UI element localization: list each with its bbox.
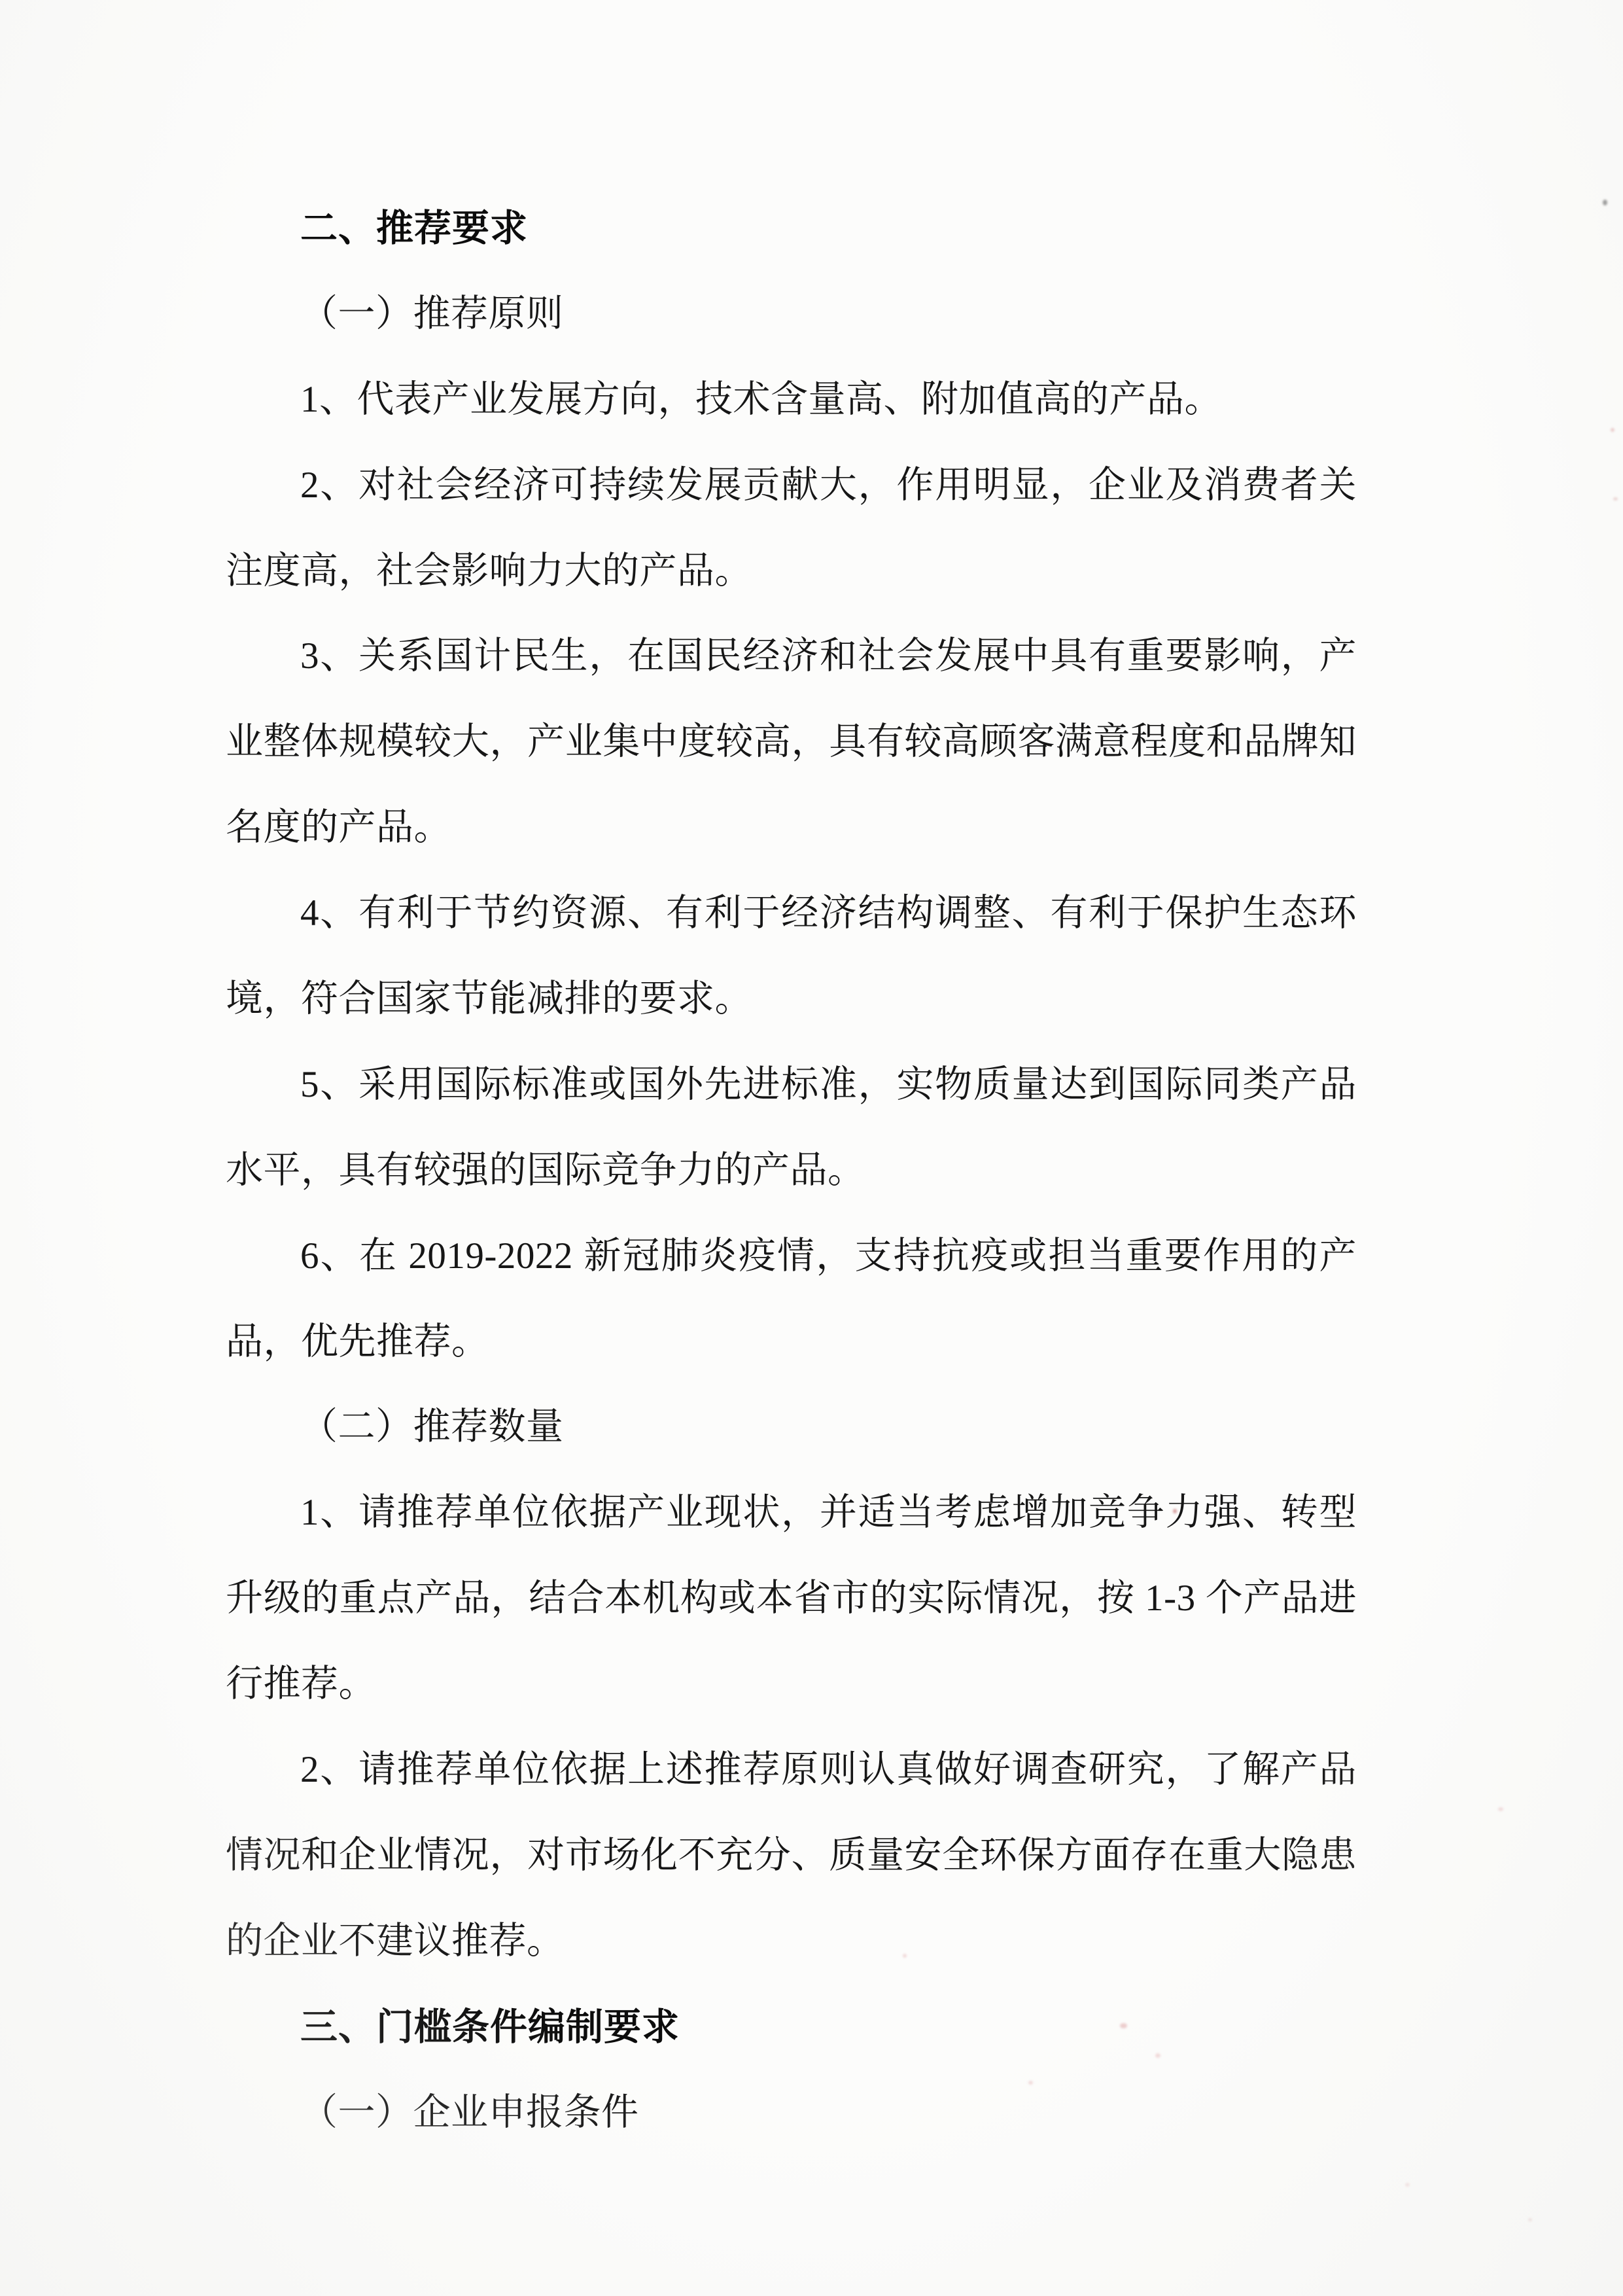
section-heading: 二、推荐要求: [226, 186, 1357, 272]
subsection-heading: （一）推荐原则: [226, 272, 1357, 357]
paragraph-line: 行推荐。: [226, 1642, 1357, 1727]
paragraph-line: 升级的重点产品，结合本机构或本省市的实际情况，按 1-3 个产品进: [226, 1556, 1357, 1642]
paragraph-line: 1、代表产业发展方向，技术含量高、附加值高的产品。: [226, 357, 1357, 443]
scan-speck: [1611, 428, 1614, 432]
paragraph-line: 1、请推荐单位依据产业现状，并适当考虑增加竞争力强、转型: [226, 1470, 1357, 1556]
scan-speck: [1613, 497, 1618, 501]
paragraph-line: 名度的产品。: [226, 785, 1357, 871]
subsection-heading: （一）企业申报条件: [226, 2070, 1357, 2156]
scan-speck: [1405, 2183, 1410, 2187]
paragraph-line: 4、有利于节约资源、有利于经济结构调整、有利于保护生态环: [226, 871, 1357, 957]
document-page: 二、推荐要求（一）推荐原则1、代表产业发展方向，技术含量高、附加值高的产品。2、…: [0, 0, 1623, 2296]
scan-speck: [1603, 200, 1607, 205]
paragraph-line: 6、在 2019-2022 新冠肺炎疫情，支持抗疫或担当重要作用的产: [226, 1214, 1357, 1299]
paragraph-line: 境，符合国家节能减排的要求。: [226, 957, 1357, 1042]
document-body: 二、推荐要求（一）推荐原则1、代表产业发展方向，技术含量高、附加值高的产品。2、…: [226, 186, 1357, 2155]
paragraph-line: 的企业不建议推荐。: [226, 1899, 1357, 1985]
paragraph-line: 业整体规模较大，产业集中度较高，具有较高顾客满意程度和品牌知: [226, 699, 1357, 785]
paragraph-line: 水平，具有较强的国际竞争力的产品。: [226, 1128, 1357, 1214]
scan-speck: [1498, 1807, 1503, 1811]
scan-speck: [1528, 2218, 1532, 2221]
paragraph-line: 品，优先推荐。: [226, 1299, 1357, 1385]
paragraph-line: 3、关系国计民生，在国民经济和社会发展中具有重要影响，产: [226, 614, 1357, 699]
section-heading: 三、门槛条件编制要求: [226, 1985, 1357, 2070]
subsection-heading: （二）推荐数量: [226, 1385, 1357, 1470]
paragraph-line: 情况和企业情况，对市场化不充分、质量安全环保方面存在重大隐患: [226, 1813, 1357, 1899]
paragraph-line: 注度高，社会影响力大的产品。: [226, 529, 1357, 614]
paragraph-line: 2、请推荐单位依据上述推荐原则认真做好调查研究，了解产品: [226, 1727, 1357, 1813]
paragraph-line: 2、对社会经济可持续发展贡献大，作用明显，企业及消费者关: [226, 443, 1357, 529]
paragraph-line: 5、采用国际标准或国外先进标准，实物质量达到国际同类产品: [226, 1042, 1357, 1128]
